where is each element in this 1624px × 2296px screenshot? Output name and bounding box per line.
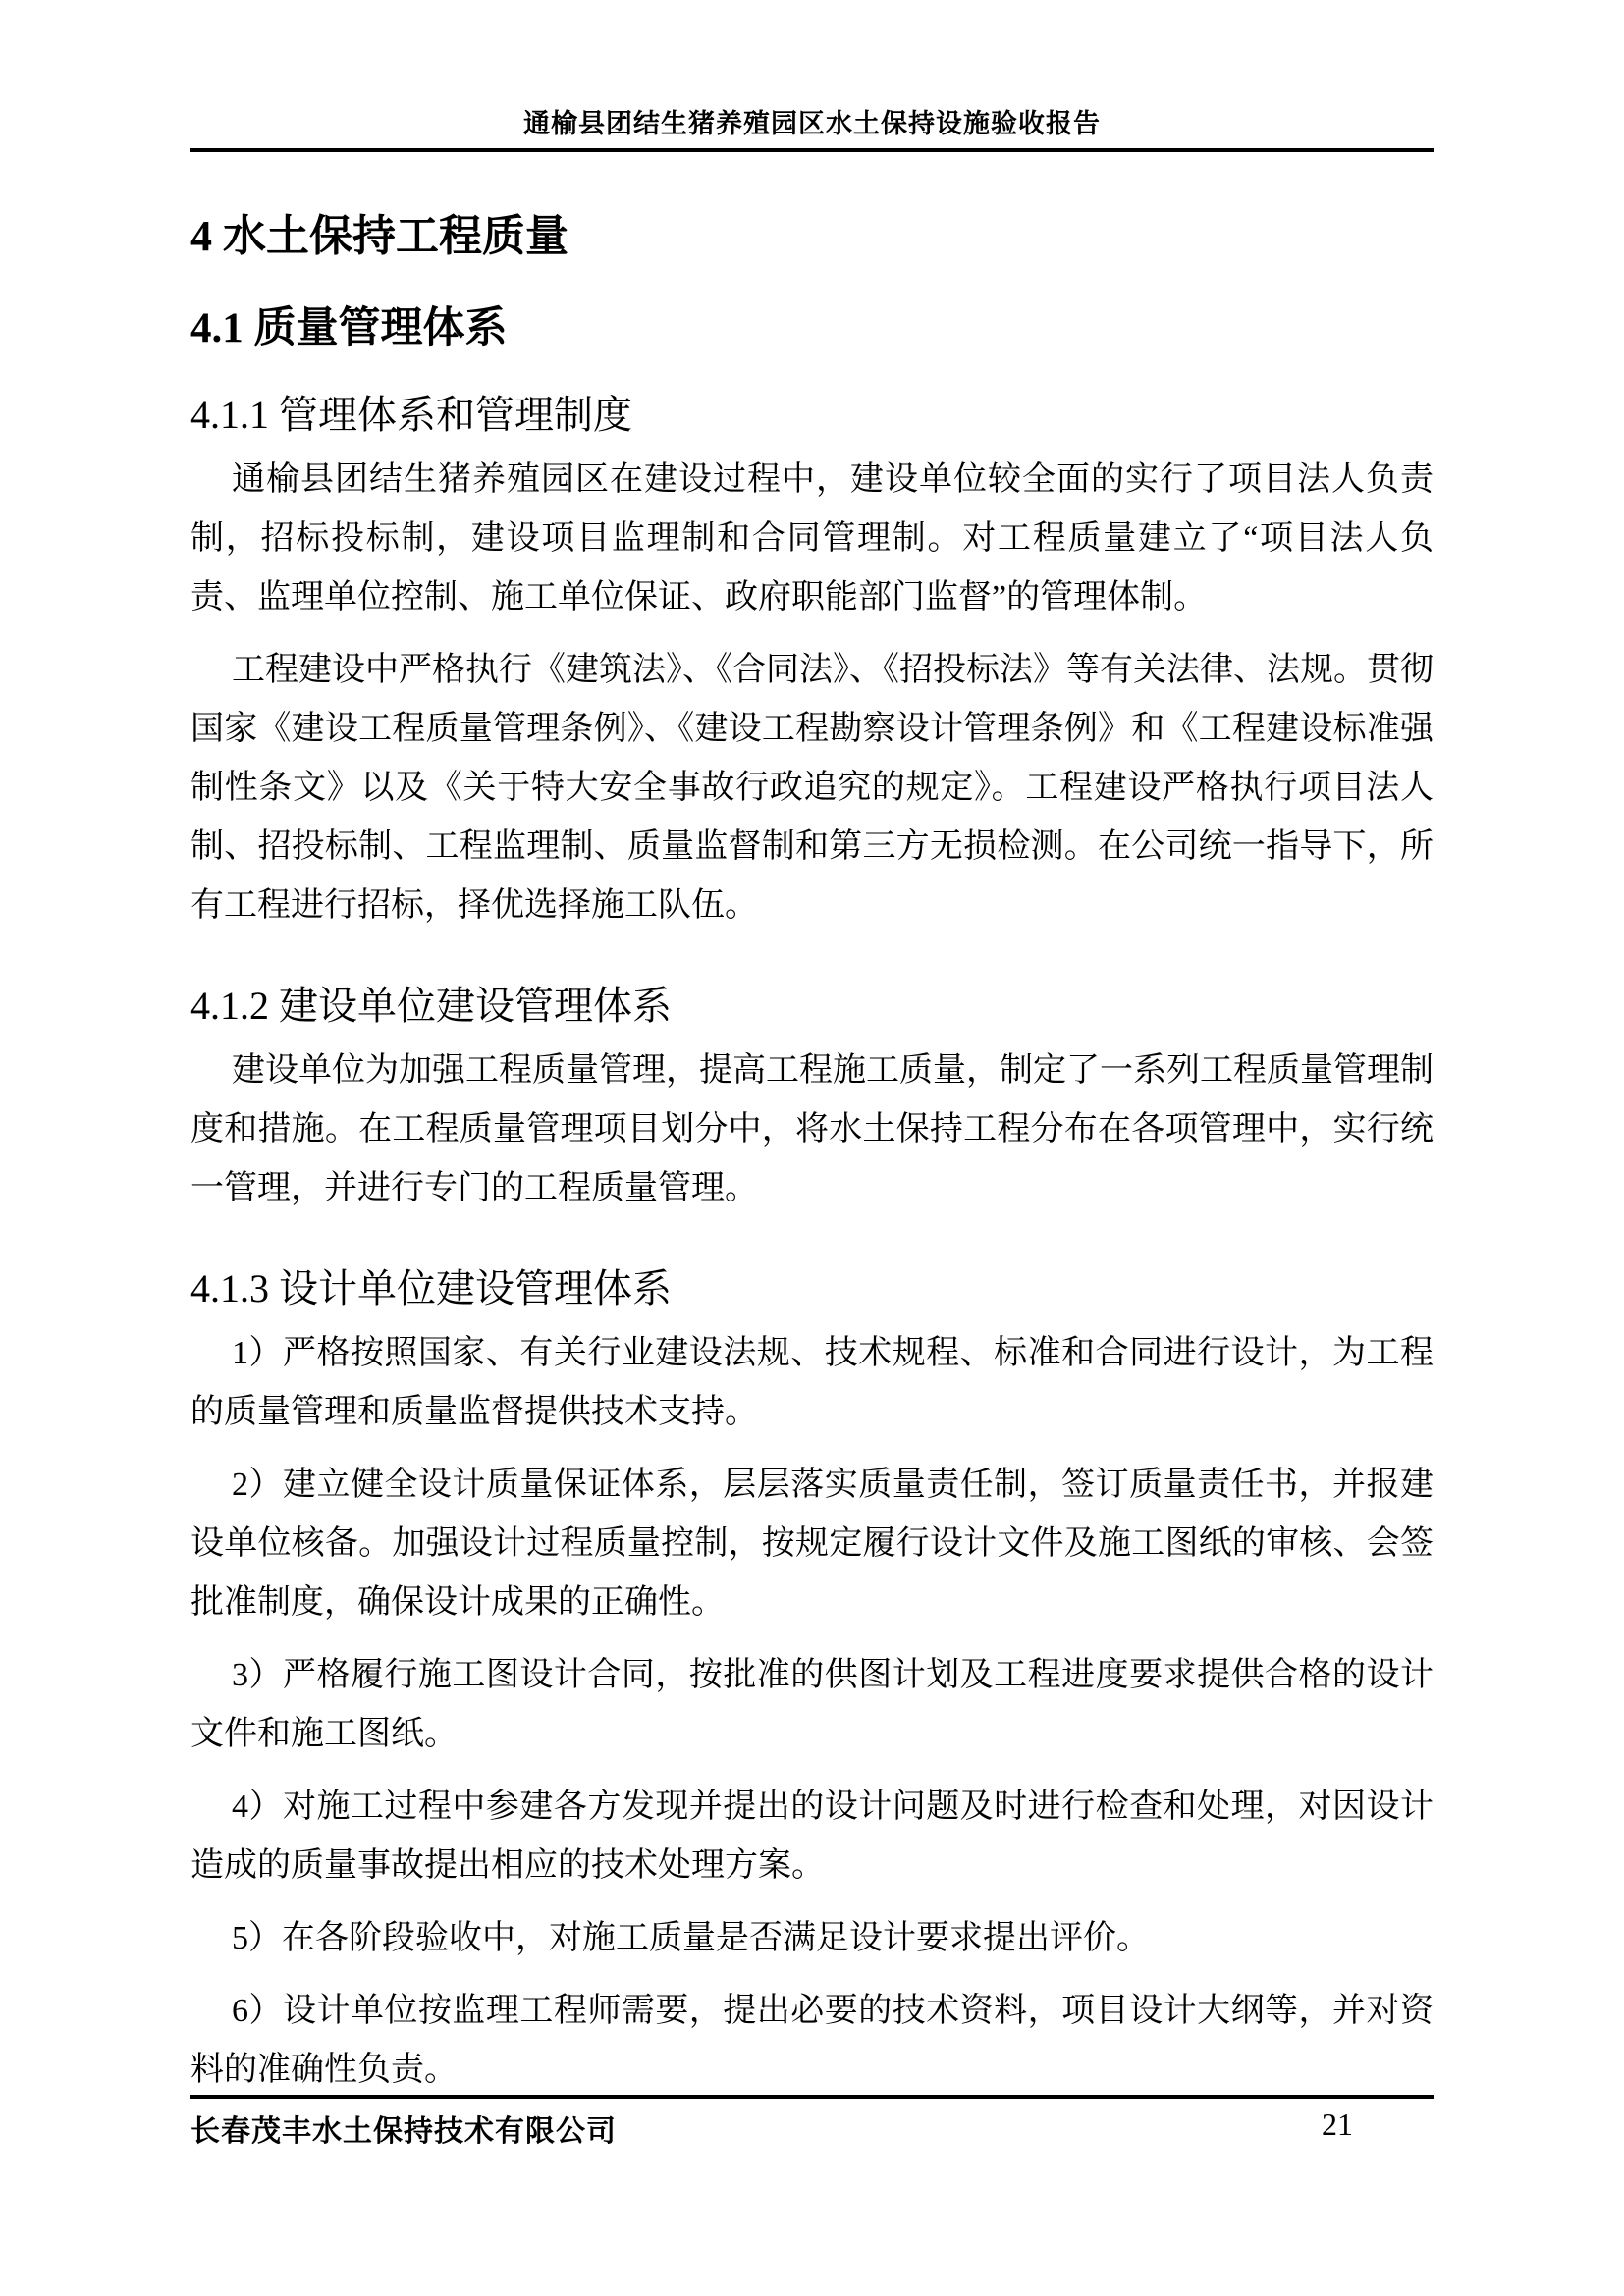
subsection-heading-411: 4.1.1 管理体系和管理制度 (190, 394, 1434, 437)
list-item-3: 3）严格履行施工图设计合同，按批准的供图计划及工程进度要求提供合格的设计文件和施… (190, 1646, 1434, 1764)
document-page: 通榆县团结生猪养殖园区水土保持设施验收报告 4 水土保持工程质量 4.1 质量管… (0, 0, 1624, 2296)
chapter-heading: 4 水土保持工程质量 (190, 213, 1434, 260)
list-item-6: 6）设计单位按监理工程师需要，提出必要的技术资料，项目设计大纲等，并对资料的准确… (190, 1982, 1434, 2100)
page-number: 21 (1322, 2107, 1434, 2143)
paragraph-management-system-2: 工程建设中严格执行《建筑法》、《合同法》、《招投标法》等有关法律、法规。贯彻国家… (190, 641, 1434, 935)
paragraph-management-system-1: 通榆县团结生猪养殖园区在建设过程中，建设单位较全面的实行了项目法人负责制，招标投… (190, 451, 1434, 627)
list-item-1: 1）严格按照国家、有关行业建设法规、技术规程、标准和合同进行设计，为工程的质量管… (190, 1324, 1434, 1442)
list-item-4: 4）对施工过程中参建各方发现并提出的设计问题及时进行检查和处理，对因设计造成的质… (190, 1778, 1434, 1896)
running-header: 通榆县团结生猪养殖园区水土保持设施验收报告 (190, 0, 1434, 152)
subsection-heading-412: 4.1.2 建设单位建设管理体系 (190, 985, 1434, 1028)
list-item-5: 5）在各阶段验收中，对施工质量是否满足设计要求提出评价。 (190, 1909, 1434, 1968)
subsection-heading-413: 4.1.3 设计单位建设管理体系 (190, 1267, 1434, 1310)
list-item-2: 2）建立健全设计质量保证体系，层层落实质量责任制，签订质量责任书，并报建设单位核… (190, 1456, 1434, 1632)
footer-rule: 长春茂丰水土保持技术有限公司 21 (190, 2095, 1434, 2150)
paragraph-construction-unit: 建设单位为加强工程质量管理，提高工程施工质量，制定了一系列工程质量管理制度和措施… (190, 1041, 1434, 1218)
page-content: 4 水土保持工程质量 4.1 质量管理体系 4.1.1 管理体系和管理制度 通榆… (190, 213, 1434, 2100)
footer-company-name: 长春茂丰水土保持技术有限公司 (190, 2107, 617, 2150)
section-heading: 4.1 质量管理体系 (190, 305, 1434, 351)
footer: 长春茂丰水土保持技术有限公司 21 (190, 2099, 1434, 2150)
